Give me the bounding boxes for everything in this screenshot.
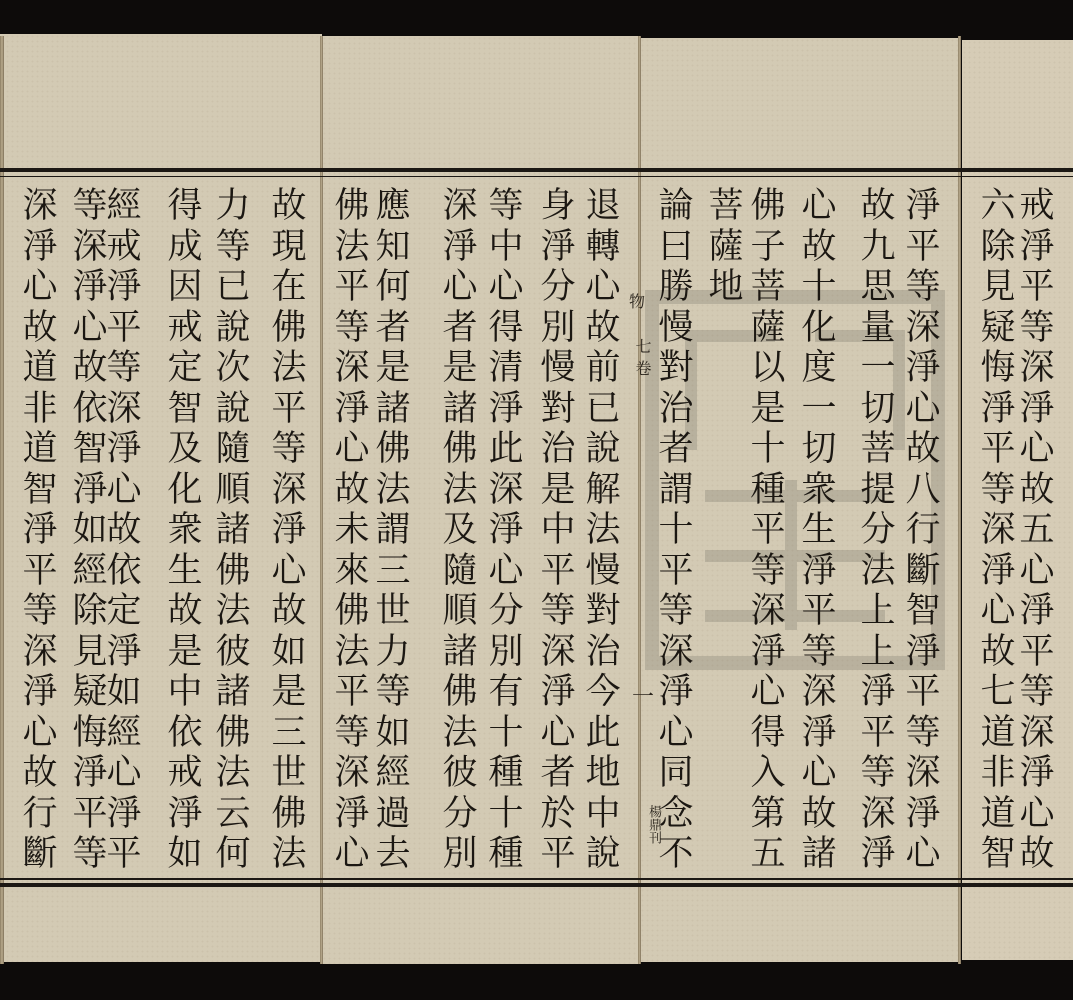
glyph: 斷 [22,834,57,875]
glyph: 法 [334,227,369,268]
glyph: 是 [167,632,202,673]
glyph: 深 [1019,348,1054,389]
glyph: 心 [488,267,523,308]
glyph: 法 [442,713,477,754]
text-column: 等中心得清淨此深淨心分別有十種十種 [480,186,532,876]
glyph: 去 [375,834,410,875]
frame-top-inner-rule [0,176,1073,177]
glyph: 對 [540,389,575,430]
glyph: 種 [750,470,785,511]
glyph: 已 [215,267,250,308]
glyph: 深 [488,470,523,511]
glyph: 化 [801,308,836,349]
glyph: 別 [540,308,575,349]
glyph: 深 [750,591,785,632]
glyph: 種 [488,834,523,875]
glyph: 別 [442,834,477,875]
glyph: 佛 [750,186,785,227]
glyph: 得 [167,186,202,227]
glyph: 成 [167,227,202,268]
glyph: 淨 [72,753,107,794]
glyph: 轉 [585,227,620,268]
glyph: 深 [22,632,57,673]
glyph: 道 [980,794,1015,835]
glyph: 非 [980,753,1015,794]
glyph: 等 [1019,308,1054,349]
text-column: 佛法平等深淨心故未來佛法平等深淨心 [326,186,378,876]
glyph: 佛 [442,429,477,470]
glyph: 故 [271,591,306,632]
glyph: 淨 [442,227,477,268]
glyph: 平 [334,672,369,713]
glyph: 思 [860,267,895,308]
glyph: 者 [540,753,575,794]
glyph: 八 [905,470,940,511]
glyph: 此 [488,429,523,470]
glyph: 平 [860,713,895,754]
glyph: 智 [72,429,107,470]
glyph: 十 [488,713,523,754]
text-column: 力等已說次說隨順諸佛法彼諸佛法云何 [207,186,259,876]
glyph: 除 [980,227,1015,268]
glyph: 淨 [980,389,1015,430]
glyph: 依 [167,713,202,754]
glyph: 法 [585,510,620,551]
glyph: 故 [1019,834,1054,875]
glyph: 定 [167,348,202,389]
glyph: 在 [271,267,306,308]
glyph: 見 [980,267,1015,308]
glyph: 上 [860,632,895,673]
glyph: 說 [585,429,620,470]
glyph: 平 [540,551,575,592]
glyph: 心 [801,753,836,794]
glyph: 心 [22,713,57,754]
glyph: 慢 [585,551,620,592]
frame-top-rule [0,168,1073,172]
glyph: 諸 [375,389,410,430]
glyph: 因 [167,267,202,308]
glyph: 如 [167,834,202,875]
glyph: 以 [750,348,785,389]
glyph: 淨 [801,551,836,592]
glyph: 三 [375,551,410,592]
glyph: 心 [488,551,523,592]
glyph: 上 [860,591,895,632]
glyph: 法 [334,632,369,673]
glyph: 切 [801,429,836,470]
glyph: 戒 [167,308,202,349]
glyph: 提 [860,470,895,511]
glyph: 知 [375,227,410,268]
glyph: 分 [860,510,895,551]
glyph: 等 [215,227,250,268]
glyph: 淨 [905,186,940,227]
glyph: 平 [980,429,1015,470]
glyph: 第 [750,794,785,835]
glyph: 淨 [860,834,895,875]
glyph: 平 [658,551,693,592]
glyph: 戒 [1019,186,1054,227]
glyph: 前 [585,348,620,389]
glyph: 等 [22,591,57,632]
text-column: 故現在佛法平等深淨心故如是三世佛法 [263,186,315,876]
glyph: 故 [72,348,107,389]
glyph: 法 [375,470,410,511]
glyph: 深 [801,672,836,713]
center-margin-volume: 七卷 [622,338,652,382]
glyph: 佛 [271,794,306,835]
glyph: 五 [750,834,785,875]
glyph: 身 [540,186,575,227]
center-margin-title: 物 [622,292,652,312]
glyph: 同 [658,753,693,794]
glyph: 化 [167,470,202,511]
glyph: 淨 [1019,389,1054,430]
glyph: 平 [1019,632,1054,673]
glyph: 菩 [860,429,895,470]
glyph: 入 [750,753,785,794]
glyph: 一 [860,348,895,389]
glyph: 治 [658,389,693,430]
glyph: 深 [980,510,1015,551]
glyph: 對 [658,348,693,389]
glyph: 等 [658,591,693,632]
glyph: 心 [750,672,785,713]
glyph: 平 [905,672,940,713]
glyph: 十 [488,794,523,835]
glyph: 法 [442,470,477,511]
glyph: 說 [215,308,250,349]
glyph: 悔 [72,713,107,754]
glyph: 平 [271,389,306,430]
glyph: 諸 [215,672,250,713]
glyph: 七 [980,672,1015,713]
glyph: 六 [980,186,1015,227]
glyph: 心 [540,713,575,754]
glyph: 勝 [658,267,693,308]
glyph: 經 [375,753,410,794]
glyph: 平 [22,551,57,592]
glyph: 子 [750,227,785,268]
glyph: 經 [72,551,107,592]
glyph: 十 [801,267,836,308]
glyph: 薩 [708,227,743,268]
glyph: 是 [750,389,785,430]
text-column: 論曰勝慢對治者謂十平等深淨心同念不 [650,186,702,876]
glyph: 心 [1019,551,1054,592]
glyph: 心 [334,834,369,875]
glyph: 地 [708,267,743,308]
glyph: 心 [1019,429,1054,470]
glyph: 淨 [22,227,57,268]
glyph: 分 [488,591,523,632]
glyph: 深 [540,632,575,673]
glyph: 治 [540,429,575,470]
glyph: 中 [167,672,202,713]
glyph: 智 [905,591,940,632]
glyph: 論 [658,186,693,227]
glyph: 解 [585,470,620,511]
glyph: 等 [905,713,940,754]
glyph: 如 [271,632,306,673]
glyph: 量 [860,308,895,349]
glyph: 度 [801,348,836,389]
glyph: 等 [1019,672,1054,713]
glyph: 衆 [801,470,836,511]
glyph: 者 [442,308,477,349]
glyph: 生 [801,510,836,551]
glyph: 淨 [905,348,940,389]
glyph: 淨 [750,632,785,673]
text-column: 深淨心故道非道智淨平等深淨心故行斷 [14,186,66,876]
text-column: 六除見疑悔淨平等深淨心故七道非道智 [972,186,1024,876]
glyph: 心 [334,429,369,470]
glyph: 別 [488,632,523,673]
glyph: 故 [22,753,57,794]
glyph: 五 [1019,510,1054,551]
glyph: 淨 [488,510,523,551]
glyph: 淨 [860,672,895,713]
glyph: 心 [905,389,940,430]
glyph: 者 [658,429,693,470]
glyph: 故 [585,308,620,349]
glyph: 深 [334,348,369,389]
glyph: 十 [750,429,785,470]
glyph: 現 [271,227,306,268]
glyph: 心 [658,713,693,754]
glyph: 切 [860,389,895,430]
glyph: 得 [488,308,523,349]
glyph: 等 [72,834,107,875]
glyph: 戒 [167,753,202,794]
glyph: 深 [1019,713,1054,754]
margin-volume: 七卷 [632,338,652,382]
glyph: 深 [334,753,369,794]
glyph: 淨 [271,510,306,551]
glyph: 法 [215,753,250,794]
glyph: 於 [540,794,575,835]
glyph: 等 [750,551,785,592]
center-margin-page: 一 [628,688,658,708]
glyph: 故 [801,794,836,835]
glyph: 淨 [334,389,369,430]
glyph: 淨 [1019,753,1054,794]
glyph: 疑 [72,672,107,713]
glyph: 順 [215,470,250,511]
glyph: 除 [72,591,107,632]
glyph: 謂 [658,470,693,511]
glyph: 淨 [22,672,57,713]
glyph: 何 [215,834,250,875]
glyph: 心 [585,267,620,308]
glyph: 淨 [72,267,107,308]
text-column: 得成因戒定智及化衆生故是中依戒淨如 [159,186,211,876]
glyph: 力 [375,632,410,673]
glyph: 地 [585,753,620,794]
glyph: 世 [375,591,410,632]
glyph: 深 [905,753,940,794]
glyph: 慢 [540,348,575,389]
glyph: 及 [442,510,477,551]
glyph: 依 [72,389,107,430]
glyph: 已 [585,389,620,430]
glyph: 三 [271,713,306,754]
glyph: 等 [905,267,940,308]
glyph: 智 [980,834,1015,875]
glyph: 是 [271,672,306,713]
glyph: 故 [801,227,836,268]
glyph: 是 [442,348,477,389]
glyph: 平 [334,267,369,308]
glyph: 如 [375,713,410,754]
glyph: 平 [750,510,785,551]
glyph: 等 [72,186,107,227]
glyph: 謂 [375,510,410,551]
glyph: 心 [271,551,306,592]
glyph: 分 [540,267,575,308]
glyph: 智 [22,470,57,511]
glyph: 法 [271,348,306,389]
glyph: 淨 [167,794,202,835]
glyph: 種 [488,753,523,794]
glyph: 心 [905,834,940,875]
glyph: 次 [215,348,250,389]
glyph: 云 [215,794,250,835]
glyph: 佛 [375,429,410,470]
glyph: 智 [167,389,202,430]
glyph: 深 [271,470,306,511]
text-column: 菩薩地 [700,186,752,876]
glyph: 等 [271,429,306,470]
glyph: 應 [375,186,410,227]
glyph: 淨 [1019,227,1054,268]
frame-bottom-rule [0,883,1073,887]
glyph: 道 [22,348,57,389]
glyph: 衆 [167,510,202,551]
glyph: 淨 [801,713,836,754]
text-column: 等深淨心故依智淨如經除見疑悔淨平等 [64,186,116,876]
glyph: 對 [585,591,620,632]
glyph: 深 [905,308,940,349]
glyph: 等 [980,470,1015,511]
glyph: 者 [375,308,410,349]
glyph: 法 [271,834,306,875]
glyph: 過 [375,794,410,835]
text-column: 身淨分別慢對治是中平等深淨心者於平 [532,186,584,876]
margin-page-number: 一 [632,688,654,708]
glyph: 菩 [750,267,785,308]
glyph: 念 [658,794,693,835]
glyph: 故 [167,591,202,632]
glyph: 來 [334,551,369,592]
glyph: 心 [22,267,57,308]
glyph: 深 [22,186,57,227]
glyph: 隨 [215,429,250,470]
glyph: 平 [905,227,940,268]
glyph: 故 [860,186,895,227]
glyph: 未 [334,510,369,551]
glyph: 等 [375,672,410,713]
glyph: 是 [540,470,575,511]
glyph: 等 [801,632,836,673]
glyph: 心 [442,267,477,308]
glyph: 深 [658,632,693,673]
glyph: 淨 [540,672,575,713]
text-column: 心故十化度一切衆生淨平等深淨心故諸 [793,186,845,876]
glyph: 諸 [442,632,477,673]
glyph: 故 [1019,470,1054,511]
glyph: 諸 [442,389,477,430]
glyph: 故 [980,632,1015,673]
glyph: 法 [860,551,895,592]
glyph: 不 [658,834,693,875]
glyph: 見 [72,632,107,673]
glyph: 佛 [334,591,369,632]
glyph: 道 [22,429,57,470]
glyph: 順 [442,591,477,632]
glyph: 得 [750,713,785,754]
margin-carver: 楊鼎刊 [645,805,662,844]
glyph: 悔 [980,348,1015,389]
glyph: 平 [801,591,836,632]
glyph: 法 [215,591,250,632]
glyph: 等 [334,308,369,349]
glyph: 菩 [708,186,743,227]
text-column: 淨平等深淨心故八行斷智淨平等深淨心 [897,186,949,876]
glyph: 等 [488,186,523,227]
glyph: 行 [22,794,57,835]
glyph: 淨 [488,389,523,430]
glyph: 慢 [658,308,693,349]
glyph: 平 [540,834,575,875]
glyph: 佛 [271,308,306,349]
margin-title: 物 [629,292,645,312]
glyph: 是 [375,348,410,389]
glyph: 有 [488,672,523,713]
text-column: 故九思量一切菩提分法上上淨平等深淨 [852,186,904,876]
glyph: 心 [801,186,836,227]
glyph: 中 [488,227,523,268]
glyph: 心 [72,308,107,349]
glyph: 彼 [442,753,477,794]
glyph: 及 [167,429,202,470]
glyph: 生 [167,551,202,592]
text-column: 深淨心者是諸佛法及隨順諸佛法彼分別 [434,186,486,876]
glyph: 退 [585,186,620,227]
glyph: 故 [334,470,369,511]
glyph: 隨 [442,551,477,592]
glyph: 淨 [1019,591,1054,632]
glyph: 諸 [215,510,250,551]
frame-bottom-inner-rule [0,878,1073,880]
glyph: 心 [1019,794,1054,835]
glyph: 十 [658,510,693,551]
glyph: 佛 [215,713,250,754]
glyph: 諸 [801,834,836,875]
glyph: 平 [1019,267,1054,308]
glyph: 清 [488,348,523,389]
glyph: 分 [442,794,477,835]
glyph: 說 [585,834,620,875]
glyph: 曰 [658,227,693,268]
glyph: 平 [72,794,107,835]
center-margin-carver: 楊鼎刊 [632,805,662,844]
glyph: 淨 [980,551,1015,592]
glyph: 淨 [905,794,940,835]
glyph: 故 [22,308,57,349]
glyph: 九 [860,227,895,268]
